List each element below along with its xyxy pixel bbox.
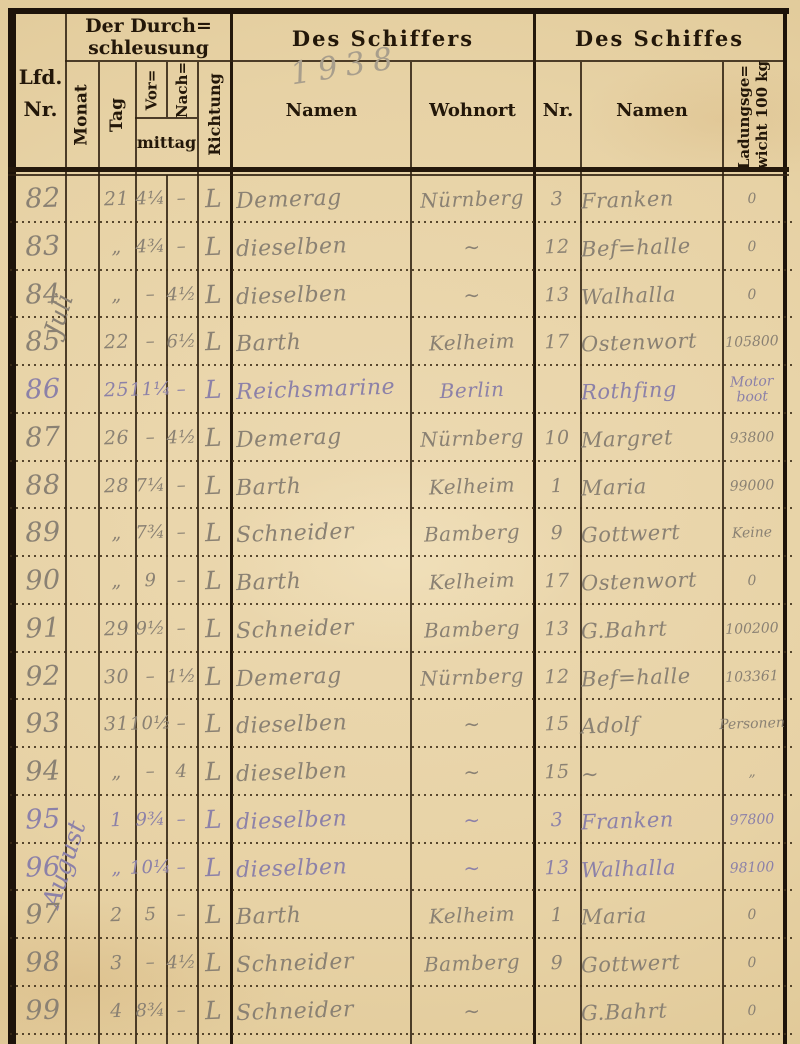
cell-schiffer-name: Barth bbox=[235, 315, 415, 369]
cell-schiffer-name: dieselben bbox=[235, 697, 415, 751]
mittag-label: mittag bbox=[137, 133, 196, 152]
ladung-value: 0 bbox=[747, 191, 756, 206]
cell-schiff-nr: 13 bbox=[534, 843, 580, 892]
cell-wohnort: Bamberg bbox=[411, 937, 533, 989]
cell-schiff-nr: 15 bbox=[534, 700, 580, 749]
cell-schiff-nr: 9 bbox=[534, 938, 580, 987]
cell-lfd-nr: 93 bbox=[19, 700, 67, 749]
table-row: 85 22 – 6½ L Barth Kelheim 17 Ostenwort … bbox=[16, 318, 783, 366]
cell-wohnort: ~ bbox=[411, 698, 533, 750]
cell-lfd-nr: 86 bbox=[19, 365, 67, 414]
cell-schiffer-name: Demerag bbox=[235, 650, 415, 704]
cell-lfd-nr: 87 bbox=[19, 413, 67, 462]
column-header-richtung: Richtung bbox=[198, 62, 230, 167]
cell-schiff-name: Ostenwort bbox=[580, 316, 722, 369]
cell-wohnort: ~ bbox=[411, 746, 533, 798]
cell-vormittag: – bbox=[134, 939, 167, 988]
group-header-durchschleusung: Der Durch= schleusung bbox=[67, 16, 230, 60]
cell-richtung: L bbox=[196, 174, 231, 223]
cell-richtung: L bbox=[196, 557, 231, 606]
richtung-label: Richtung bbox=[205, 73, 224, 156]
table-row: 92 30 – 1½ L Demerag Nürnberg 12 Bef=hal… bbox=[16, 653, 783, 701]
column-header-monat: Monat bbox=[66, 62, 98, 167]
cell-vormittag: – bbox=[134, 318, 167, 367]
cell-richtung: L bbox=[196, 509, 231, 558]
cell-schiff-name: Gottwert bbox=[580, 507, 722, 560]
cell-ladung: 0 bbox=[721, 222, 783, 272]
cell-vormittag: 7¼ bbox=[134, 461, 167, 510]
cell-lfd-nr: 94 bbox=[19, 747, 67, 796]
cell-ladung: 97800 bbox=[721, 795, 783, 845]
cell-tag: 28 bbox=[97, 461, 136, 510]
cell-ladung: 0 bbox=[721, 986, 783, 1036]
cell-richtung: L bbox=[196, 891, 231, 940]
cell-vormittag: 9 bbox=[134, 557, 167, 606]
cell-nachmittag: 4 bbox=[165, 748, 198, 797]
cell-schiff-nr: 3 bbox=[534, 174, 580, 223]
table-row: 88 28 7¼ – L Barth Kelheim 1 Maria 99000 bbox=[16, 462, 783, 510]
cell-lfd-nr: 82 bbox=[19, 174, 67, 223]
cell-nachmittag: 4½ bbox=[165, 413, 198, 462]
cell-richtung: L bbox=[196, 270, 231, 319]
cell-schiff-nr: 17 bbox=[534, 318, 580, 367]
cell-lfd-nr: 91 bbox=[19, 604, 67, 653]
cell-schiff-name: Rothfing bbox=[580, 364, 722, 417]
cell-lfd-nr: 85 bbox=[19, 318, 67, 367]
ladung-value: 0 bbox=[747, 956, 756, 971]
ladung-value: 0 bbox=[747, 1003, 756, 1018]
cell-nachmittag: – bbox=[165, 843, 198, 892]
cell-richtung: L bbox=[196, 986, 231, 1035]
ladung-value: 105800 bbox=[725, 334, 779, 351]
cell-tag: 2 bbox=[97, 891, 136, 940]
cell-ladung: 0 bbox=[721, 556, 783, 606]
column-header-schiffer-namen: Namen bbox=[233, 95, 410, 125]
cell-ladung: 103361 bbox=[721, 652, 783, 702]
ladung-value: 0 bbox=[747, 287, 756, 302]
column-header-tag: Tag bbox=[99, 62, 135, 167]
cell-nachmittag: 4½ bbox=[165, 270, 198, 319]
table-row: 83 „ 4¾ – L dieselben ~ 12 Bef=halle 0 bbox=[16, 223, 783, 271]
cell-nachmittag: – bbox=[165, 604, 198, 653]
cell-schiff-name: Gottwert bbox=[580, 937, 722, 990]
cell-nachmittag: – bbox=[165, 222, 198, 271]
cell-nachmittag: 1½ bbox=[165, 652, 198, 701]
cell-richtung: L bbox=[196, 748, 231, 797]
cell-ladung: 93800 bbox=[721, 413, 783, 463]
cell-schiff-nr: 1 bbox=[534, 891, 580, 940]
cell-schiff-name: Walhalla bbox=[580, 841, 722, 894]
cell-schiff-nr: 13 bbox=[534, 604, 580, 653]
cell-vormittag: 10¼ bbox=[134, 843, 167, 892]
cell-vormittag: 8¾ bbox=[134, 986, 167, 1035]
schiffes-title: Des Schiffes bbox=[575, 26, 744, 51]
cell-vormittag: 11¼ bbox=[134, 366, 167, 415]
cell-schiffer-name: dieselben bbox=[235, 793, 415, 847]
cell-wohnort: Kelheim bbox=[411, 555, 533, 607]
cell-tag: „ bbox=[97, 270, 136, 319]
cell-schiff-name: Bef=halle bbox=[580, 650, 722, 703]
cell-richtung: L bbox=[196, 366, 231, 415]
cell-tag: 22 bbox=[97, 318, 136, 367]
ladung-value: 0 bbox=[747, 574, 756, 589]
ledger-page: Lfd. Nr. Der Durch= schleusung Monat Tag… bbox=[0, 0, 800, 1044]
cell-wohnort: ~ bbox=[411, 842, 533, 894]
cell-schiff-nr bbox=[534, 365, 580, 414]
ladung-value2: boot bbox=[736, 389, 768, 405]
table-row: 90 „ 9 – L Barth Kelheim 17 Ostenwort 0 bbox=[16, 557, 783, 605]
wohnort-label: Wohnort bbox=[429, 100, 516, 121]
table-row: 84 „ – 4½ L dieselben ~ 13 Walhalla 0 bbox=[16, 271, 783, 319]
ladung-value: 97800 bbox=[729, 812, 774, 828]
cell-schiff-name: Adolf bbox=[580, 698, 722, 751]
cell-wohnort: Kelheim bbox=[411, 889, 533, 941]
cell-richtung: L bbox=[196, 318, 231, 367]
cell-schiff-name: Maria bbox=[580, 459, 722, 512]
cell-richtung: L bbox=[196, 652, 231, 701]
column-header-wohnort: Wohnort bbox=[412, 95, 533, 125]
cell-lfd-nr: 95 bbox=[19, 795, 67, 844]
ladung-value: Keine bbox=[732, 525, 773, 541]
cell-wohnort: Nürnberg bbox=[411, 412, 533, 464]
cell-lfd-nr: 98 bbox=[19, 938, 67, 987]
cell-vormittag: – bbox=[134, 413, 167, 462]
durchschleusung-line2: schleusung bbox=[88, 38, 209, 60]
cell-ladung: 0 bbox=[721, 890, 783, 940]
cell-schiffer-name: Barth bbox=[235, 459, 415, 513]
table-row: 93 31 10½ – L dieselben ~ 15 Adolf Perso… bbox=[16, 700, 783, 748]
cell-wohnort: Kelheim bbox=[411, 460, 533, 512]
cell-schiff-name: Maria bbox=[580, 889, 722, 942]
cell-schiff-nr: 1 bbox=[534, 461, 580, 510]
column-header-mittag: mittag bbox=[136, 118, 197, 167]
cell-schiffer-name: Schneider bbox=[235, 506, 415, 560]
ladung-line2: wicht 100 kg bbox=[754, 60, 772, 168]
cell-vormittag: 9¾ bbox=[134, 795, 167, 844]
header-bottom-line bbox=[8, 167, 789, 172]
cell-schiff-name: Margret bbox=[580, 411, 722, 464]
cell-schiff-name: Ostenwort bbox=[580, 555, 722, 608]
cell-vormittag: – bbox=[134, 270, 167, 319]
group-header-schiffes: Des Schiffes bbox=[536, 22, 783, 54]
cell-schiffer-name: Schneider bbox=[235, 984, 415, 1038]
table-row: 94 „ – 4 L dieselben ~ 15 ~ „ bbox=[16, 748, 783, 796]
cell-ladung: Keine bbox=[721, 508, 783, 558]
cell-lfd-nr: 99 bbox=[19, 986, 67, 1035]
ladung-value: Personen bbox=[719, 716, 785, 733]
cell-lfd-nr: 97 bbox=[19, 891, 67, 940]
column-header-ladungsgewicht: Ladungsge= wicht 100 kg bbox=[724, 62, 783, 167]
cell-nachmittag: – bbox=[165, 700, 198, 749]
cell-nachmittag: – bbox=[165, 366, 198, 415]
cell-schiffer-name: dieselben bbox=[235, 220, 415, 274]
nach-label: Nach= bbox=[173, 61, 191, 117]
cell-schiffer-name: dieselben bbox=[235, 841, 415, 895]
cell-tag: 29 bbox=[97, 604, 136, 653]
column-header-schiff-namen: Namen bbox=[582, 95, 722, 125]
tag-label: Tag bbox=[107, 98, 127, 132]
cell-vormittag: 4¾ bbox=[134, 222, 167, 271]
durchschleusung-line1: Der Durch= bbox=[85, 16, 212, 38]
cell-ladung: 0 bbox=[721, 174, 783, 224]
ladung-value: 0 bbox=[747, 908, 756, 923]
cell-schiff-name: G.Bahrt bbox=[580, 602, 722, 655]
cell-tag: 21 bbox=[97, 174, 136, 223]
cell-wohnort: ~ bbox=[411, 794, 533, 846]
cell-schiff-name: G.Bahrt bbox=[580, 985, 722, 1038]
cell-wohnort: Berlin bbox=[411, 364, 533, 416]
cell-richtung: L bbox=[196, 461, 231, 510]
schiff-nr-label: Nr. bbox=[543, 100, 574, 121]
cell-schiff-nr: 9 bbox=[534, 509, 580, 558]
cell-schiff-name: Franken bbox=[580, 794, 722, 847]
cell-schiff-nr: 10 bbox=[534, 413, 580, 462]
cell-schiff-name: Franken bbox=[580, 173, 722, 226]
cell-ladung: 0 bbox=[721, 938, 783, 988]
cell-ladung: 0 bbox=[721, 269, 783, 319]
table-row: 91 29 9½ – L Schneider Bamberg 13 G.Bahr… bbox=[16, 605, 783, 653]
cell-nachmittag: – bbox=[165, 795, 198, 844]
cell-ladung: Motor boot bbox=[721, 365, 783, 415]
cell-schiff-nr: 12 bbox=[534, 222, 580, 271]
column-header-lfd-nr: Lfd. Nr. bbox=[16, 55, 65, 130]
ladung-value: „ bbox=[748, 765, 756, 780]
cell-schiff-nr: 3 bbox=[534, 795, 580, 844]
cell-vormittag: 9½ bbox=[134, 604, 167, 653]
cell-nachmittag: 4½ bbox=[165, 939, 198, 988]
table-row: 99 4 8¾ – L Schneider ~ G.Bahrt 0 bbox=[16, 987, 783, 1035]
cell-tag: „ bbox=[97, 748, 136, 797]
cell-lfd-nr: 83 bbox=[19, 222, 67, 271]
cell-schiff-nr: 12 bbox=[534, 652, 580, 701]
cell-lfd-nr: 92 bbox=[19, 652, 67, 701]
cell-wohnort: Bamberg bbox=[411, 603, 533, 655]
vor-label: Vor= bbox=[142, 69, 160, 110]
cell-nachmittag: – bbox=[165, 461, 198, 510]
frame-top bbox=[8, 8, 789, 14]
cell-tag: 26 bbox=[97, 413, 136, 462]
cell-ladung: 105800 bbox=[721, 317, 783, 367]
cell-schiff-nr: 15 bbox=[534, 747, 580, 796]
cell-wohnort: ~ bbox=[411, 985, 533, 1037]
lfd-line1: Lfd. bbox=[19, 61, 63, 93]
cell-tag: „ bbox=[97, 222, 136, 271]
cell-richtung: L bbox=[196, 413, 231, 462]
cell-schiffer-name: Schneider bbox=[235, 936, 415, 990]
cell-lfd-nr: 88 bbox=[19, 461, 67, 510]
cell-wohnort: Nürnberg bbox=[411, 173, 533, 225]
cell-nachmittag: 6½ bbox=[165, 318, 198, 367]
cell-richtung: L bbox=[196, 222, 231, 271]
ladung-value: 99000 bbox=[729, 477, 774, 493]
cell-lfd-nr: 84 bbox=[19, 270, 67, 319]
ladung-value: 100200 bbox=[725, 620, 779, 637]
cell-richtung: L bbox=[196, 700, 231, 749]
cell-vormittag: 4¼ bbox=[134, 174, 167, 223]
cell-tag: „ bbox=[97, 556, 136, 605]
table-row: 82 21 4¼ – L Demerag Nürnberg 3 Franken … bbox=[16, 175, 783, 223]
ladung-value: 98100 bbox=[729, 859, 774, 875]
cell-vormittag: 10½ bbox=[134, 700, 167, 749]
cell-schiffer-name: Reichsmarine bbox=[235, 363, 415, 417]
cell-vormittag: – bbox=[134, 748, 167, 797]
cell-nachmittag: – bbox=[165, 986, 198, 1035]
schiffer-namen-label: Namen bbox=[286, 100, 358, 121]
cell-richtung: L bbox=[196, 843, 231, 892]
cell-schiffer-name: Schneider bbox=[235, 602, 415, 656]
cell-schiff-name: Bef=halle bbox=[580, 220, 722, 273]
cell-ladung: Personen bbox=[721, 699, 783, 749]
column-header-vormittag: Vor= bbox=[136, 62, 166, 117]
cell-richtung: L bbox=[196, 795, 231, 844]
cell-schiff-name: ~ bbox=[580, 746, 722, 799]
ladung-value: 93800 bbox=[729, 430, 774, 446]
cell-vormittag: 7¾ bbox=[134, 509, 167, 558]
ladung-value: 0 bbox=[747, 239, 756, 254]
cell-ladung: 100200 bbox=[721, 604, 783, 654]
cell-ladung: 99000 bbox=[721, 461, 783, 511]
cell-wohnort: ~ bbox=[411, 268, 533, 320]
cell-tag: „ bbox=[97, 509, 136, 558]
cell-wohnort: Kelheim bbox=[411, 316, 533, 368]
cell-ladung: 98100 bbox=[721, 843, 783, 893]
cell-nachmittag: – bbox=[165, 891, 198, 940]
cell-tag: 1 bbox=[97, 795, 136, 844]
cell-nachmittag: – bbox=[165, 557, 198, 606]
cell-schiffer-name: Barth bbox=[235, 554, 415, 608]
cell-vormittag: 5 bbox=[134, 891, 167, 940]
column-header-nachmittag: Nach= bbox=[167, 62, 197, 117]
table-row: 98 3 – 4½ L Schneider Bamberg 9 Gottwert… bbox=[16, 939, 783, 987]
cell-nachmittag: – bbox=[165, 509, 198, 558]
lfd-line2: Nr. bbox=[24, 93, 58, 125]
monat-label: Monat bbox=[72, 84, 92, 145]
cell-schiff-nr bbox=[534, 986, 580, 1035]
cell-schiffer-name: Demerag bbox=[235, 411, 415, 465]
table-row: 95 1 9¾ – L dieselben ~ 3 Franken 97800 bbox=[16, 796, 783, 844]
cell-ladung: „ bbox=[721, 747, 783, 797]
cell-richtung: L bbox=[196, 604, 231, 653]
cell-lfd-nr: 89 bbox=[19, 509, 67, 558]
cell-tag: 3 bbox=[97, 939, 136, 988]
schiff-namen-label: Namen bbox=[616, 100, 688, 121]
table-row: 89 „ 7¾ – L Schneider Bamberg 9 Gottwert… bbox=[16, 509, 783, 557]
column-header-schiff-nr: Nr. bbox=[536, 95, 580, 125]
table-row: 97 2 5 – L Barth Kelheim 1 Maria 0 bbox=[16, 891, 783, 939]
ladung-line1: Ladungsge= bbox=[736, 60, 754, 168]
cell-lfd-nr: 90 bbox=[19, 556, 67, 605]
cell-vormittag: – bbox=[134, 652, 167, 701]
ladung-value: 103361 bbox=[725, 668, 779, 685]
cell-tag: 4 bbox=[97, 986, 136, 1035]
table-row: 87 26 – 4½ L Demerag Nürnberg 10 Margret… bbox=[16, 414, 783, 462]
cell-richtung: L bbox=[196, 939, 231, 988]
cell-wohnort: Bamberg bbox=[411, 507, 533, 559]
table-row: 96 „ 10¼ – L dieselben ~ 13 Walhalla 981… bbox=[16, 844, 783, 892]
cell-wohnort: Nürnberg bbox=[411, 651, 533, 703]
table-body: 82 21 4¼ – L Demerag Nürnberg 3 Franken … bbox=[16, 175, 783, 1035]
cell-schiffer-name: Demerag bbox=[235, 172, 415, 226]
cell-lfd-nr: 96 bbox=[19, 843, 67, 892]
cell-wohnort: ~ bbox=[411, 221, 533, 273]
table-row: 86 25 11¼ – L Reichsmarine Berlin Rothfi… bbox=[16, 366, 783, 414]
cell-schiffer-name: Barth bbox=[235, 888, 415, 942]
cell-schiff-nr: 17 bbox=[534, 556, 580, 605]
cell-schiff-name: Walhalla bbox=[580, 268, 722, 321]
cell-schiffer-name: dieselben bbox=[235, 745, 415, 799]
cell-schiff-nr: 13 bbox=[534, 270, 580, 319]
cell-tag: 30 bbox=[97, 652, 136, 701]
cell-nachmittag: – bbox=[165, 174, 198, 223]
cell-schiffer-name: dieselben bbox=[235, 267, 415, 321]
